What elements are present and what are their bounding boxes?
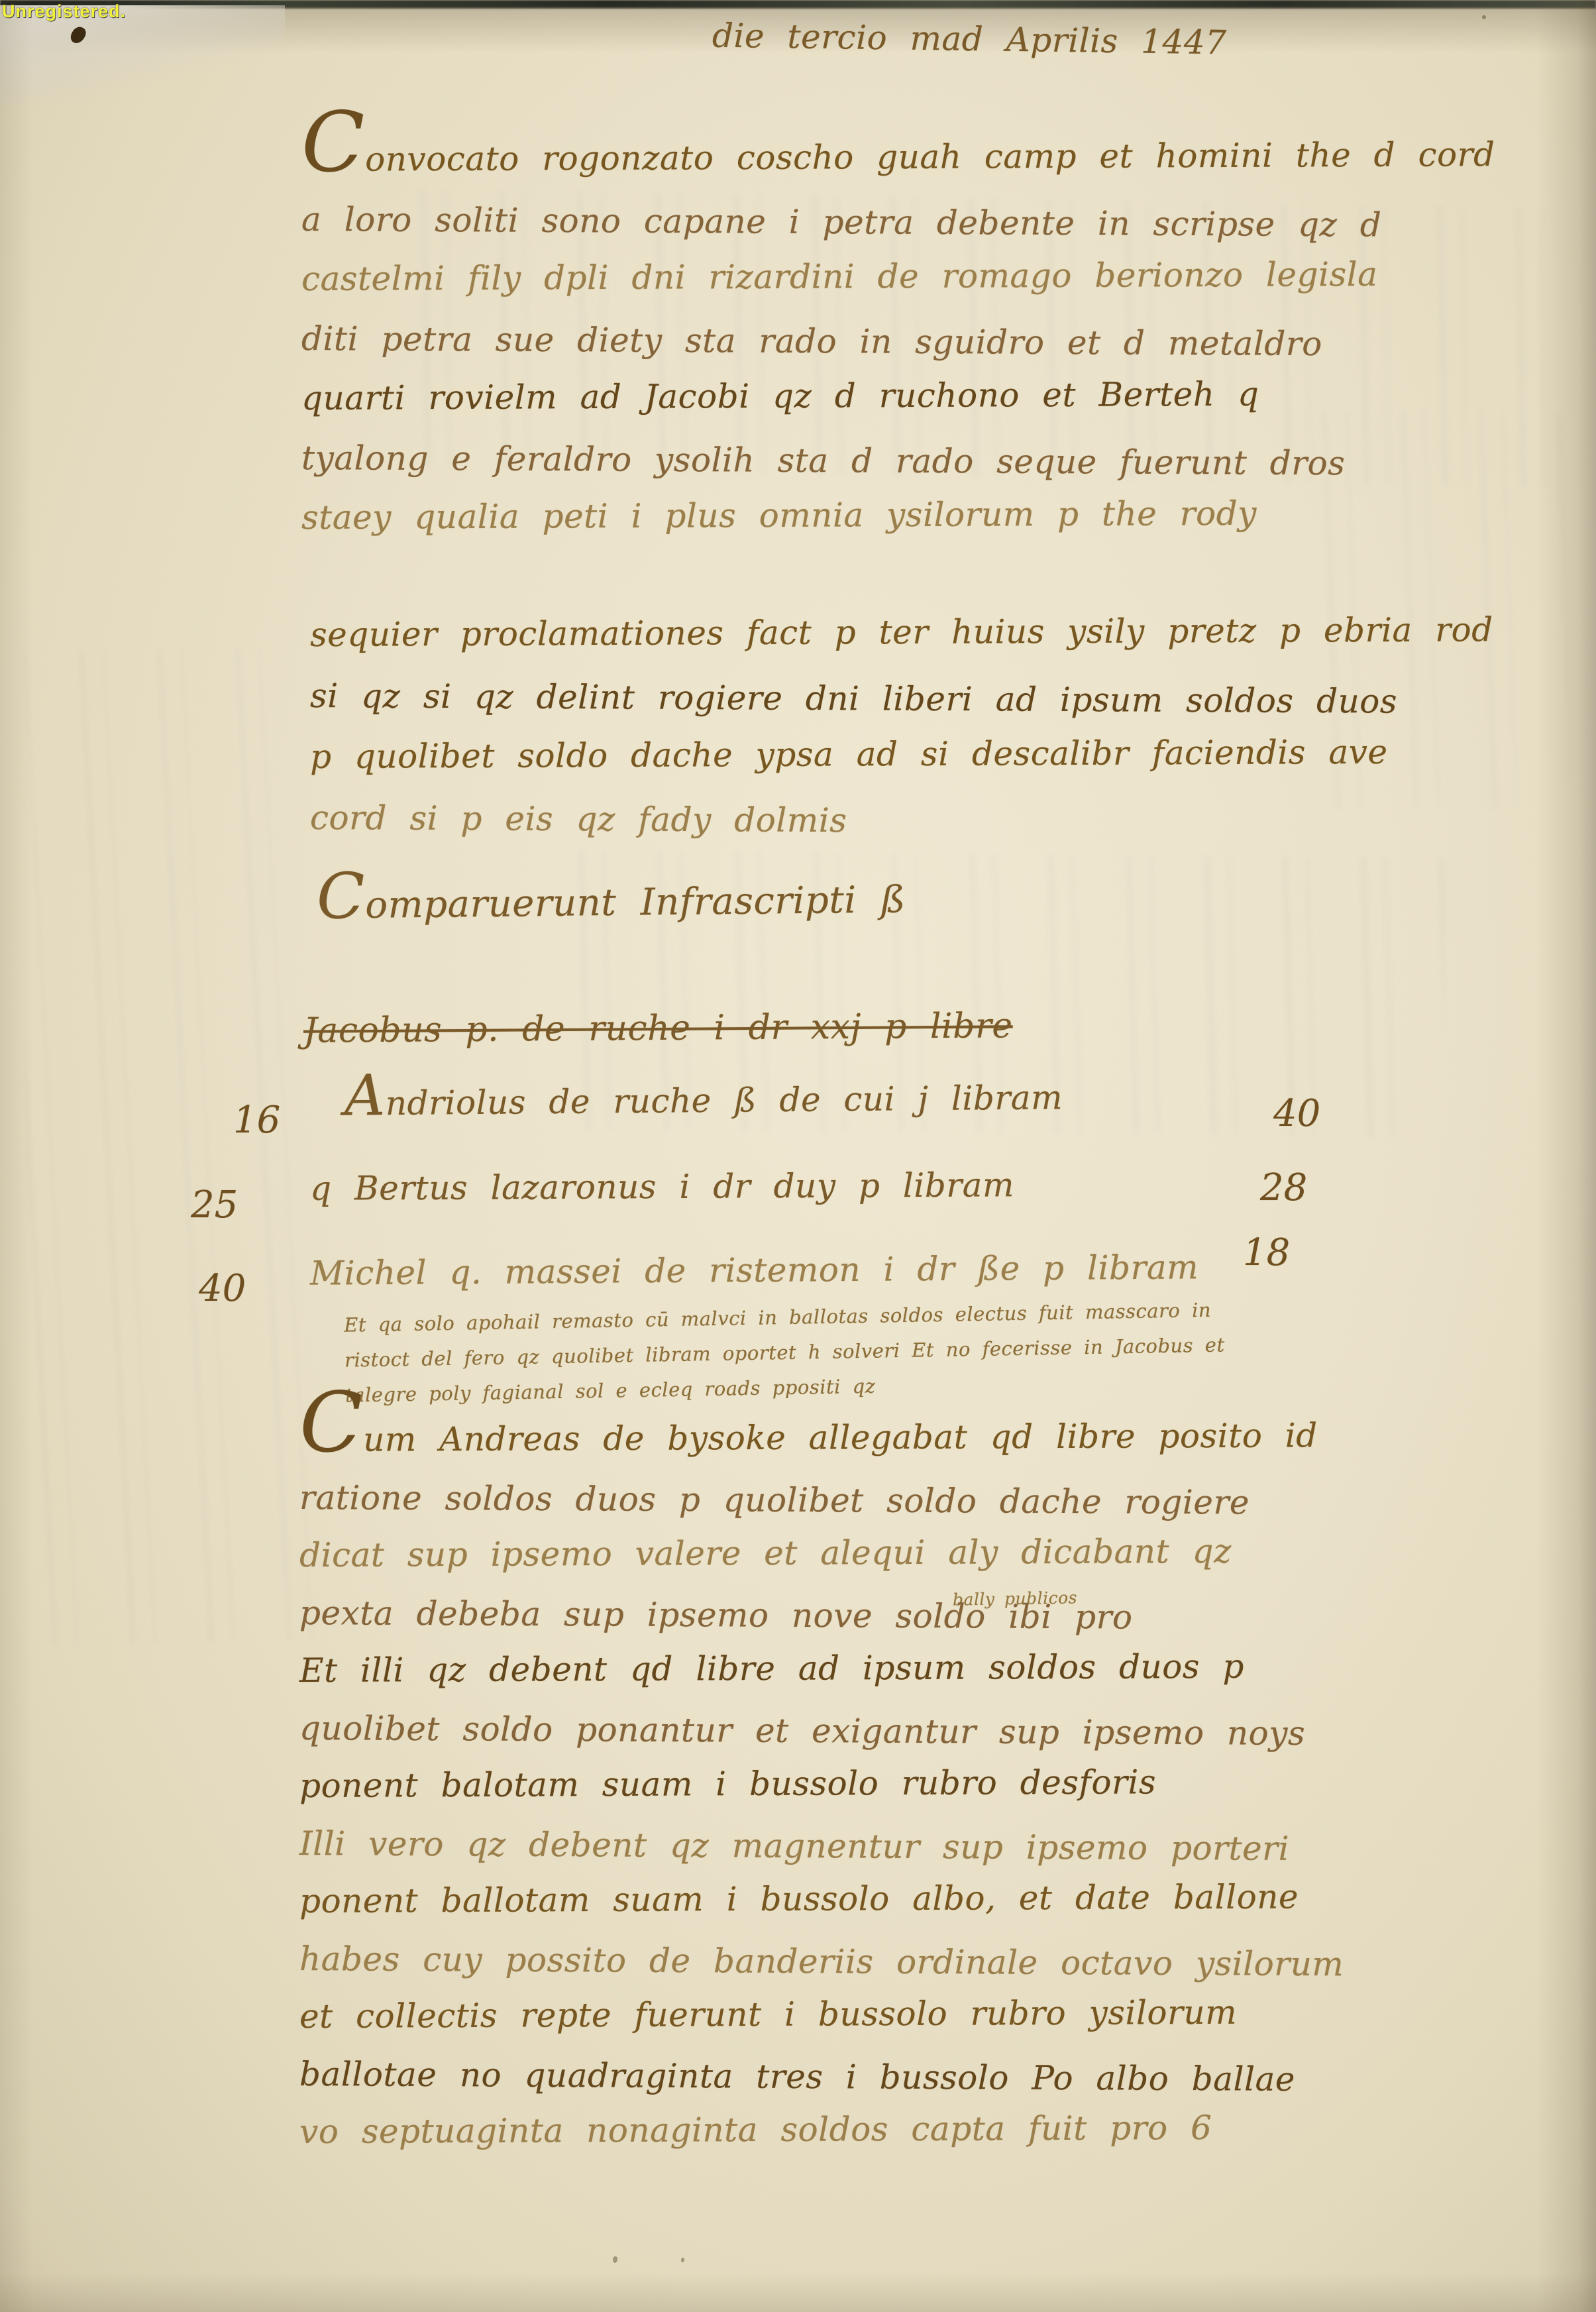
manuscript-line: dicat sup ipsemo valere et alequi aly di… [299,1522,1344,1584]
margin-number: 25 [191,1184,238,1227]
manuscript-line: Convocato rogonzato coscho guah camp et … [301,125,1495,190]
deliberation-paragraph: Cum Andreas de bysoke allegabat qd libre… [299,1411,1344,2161]
margin-number: 40 [199,1267,246,1310]
bottom-edge-shade [0,2272,1596,2312]
manuscript-page: Unregistered. die tercio mad Aprilis 144… [0,0,1596,2312]
assessment-row: Andriolus de ruche ß de cui j libram [345,1078,1063,1123]
manuscript-line: et collectis repte fuerunt i bussolo rub… [299,1983,1344,2046]
manuscript-line: ponent ballotam suam i bussolo albo, et … [299,1868,1344,1930]
date-heading: die tercio mad Aprilis 1447 [712,17,1227,62]
manuscript-line: vo septuaginta nonaginta soldos capta fu… [299,2099,1344,2161]
assessment-row: q Bertus lazaronus i dr duy p libram [310,1166,1014,1208]
manuscript-line: Et illi qz debent qd libre ad ipsum sold… [299,1637,1344,1700]
manuscript-line: Cum Andreas de bysoke allegabat qd libre… [299,1407,1344,1469]
manuscript-line: p quolibet soldo dache ypsa ad si descal… [310,721,1493,787]
left-edge-shade [0,0,33,2312]
struck-entry: Jacobus p. de ruche i dr xxj p libre [303,1006,1013,1050]
manuscript-line: castelmi fily dpli dni rizardini de roma… [301,244,1495,309]
ink-speck [613,2256,617,2263]
manuscript-line: staey qualia peti i plus omnia ysilorum … [301,482,1495,547]
manuscript-line: ponent balotam suam i bussolo rubro desf… [299,1753,1344,1815]
manuscript-line: cord si p eis qz fady dolmis [310,787,1493,854]
manuscript-line: sequier proclamationes fact p ter huius … [310,599,1493,665]
margin-number: 16 [233,1099,280,1142]
assessment-row: Michel q. massei de ristemon i dr ße p l… [310,1248,1198,1292]
amount-number: 40 [1273,1092,1320,1135]
marginal-annotation: Et qa solo apohail remasto cū malvci in … [344,1292,1226,1413]
amount-number: 28 [1260,1166,1307,1209]
manuscript-line: quarti rovielm ad Jacobi qz d ruchono et… [301,363,1495,428]
right-page-curve [1536,0,1596,2312]
ink-speck [681,2258,684,2262]
amount-number: 18 [1243,1231,1290,1274]
comparuerunt-subheading: Comparuerunt Infrascripti ß [317,878,906,927]
proclamation-paragraph: sequier proclamationes fact p ter huius … [310,604,1493,848]
scanner-watermark: Unregistered. [2,1,126,22]
opening-paragraph: Convocato rogonzato coscho guah camp et … [301,130,1495,547]
verso-showthrough [18,647,313,1645]
